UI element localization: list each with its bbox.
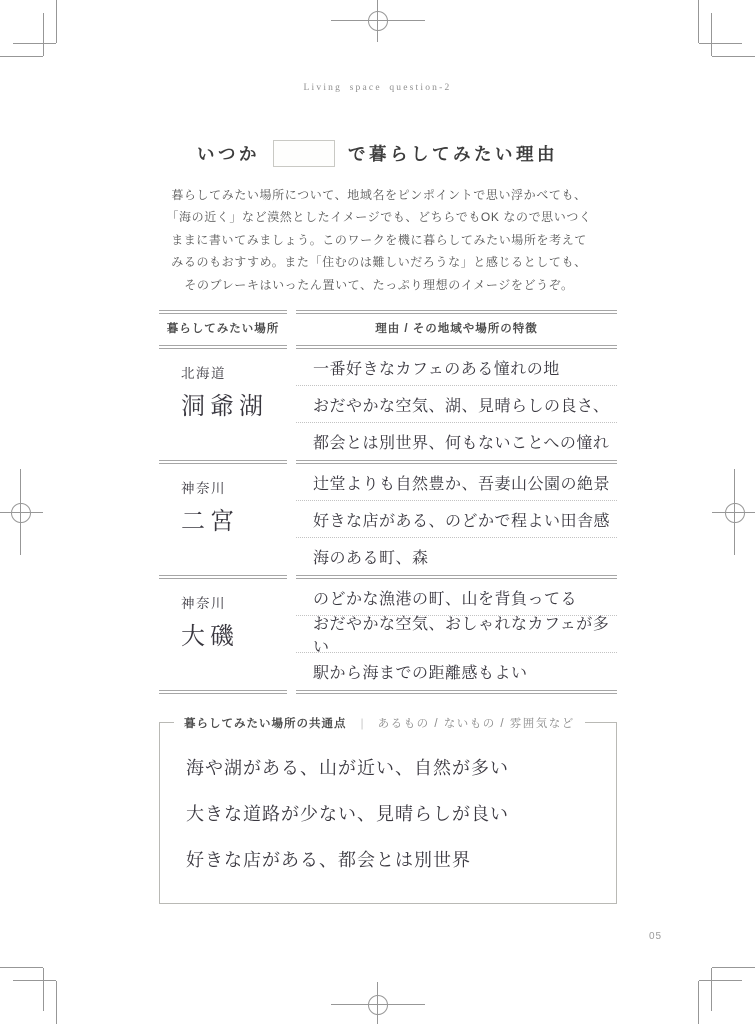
place-column: 暮らしてみたい場所 北海道 洞爺湖 神奈川 二宮 神奈川 大磯 bbox=[159, 310, 287, 694]
reason-column: 理由 / その地域や場所の特徴 一番好きなカフェのある憧れの地 おだやかな空気、… bbox=[296, 310, 617, 694]
place-name: 二宮 bbox=[181, 501, 287, 536]
page-title: いつか で暮らしてみたい理由 bbox=[0, 140, 755, 167]
intro-line: ままに書いてみましょう。このワークを機に暮らしてみたい場所を考えて bbox=[150, 229, 608, 251]
intro-paragraph: 暮らしてみたい場所について、地域名をピンポイントで思い浮かべても、 「海の近く」… bbox=[150, 184, 608, 296]
place-column-header: 暮らしてみたい場所 bbox=[159, 314, 287, 345]
common-points-subtitle: あるもの / ないもの / 雰囲気など bbox=[378, 715, 575, 731]
common-point-line: 海や湖がある、山が近い、自然が多い bbox=[186, 744, 616, 790]
common-points-content: 海や湖がある、山が近い、自然が多い 大きな道路が少ない、見晴らしが良い 好きな店… bbox=[160, 723, 616, 882]
common-point-line: 大きな道路が少ない、見晴らしが良い bbox=[186, 790, 616, 836]
rule-double bbox=[296, 690, 617, 694]
place-name: 大磯 bbox=[181, 616, 287, 651]
reason-line: おだやかな空気、おしゃれなカフェが多い bbox=[296, 616, 617, 653]
reason-line: 辻堂よりも自然豊か、吾妻山公園の絶景 bbox=[296, 464, 617, 501]
title-prefix: いつか bbox=[197, 141, 260, 166]
table-row-reasons: のどかな漁港の町、山を背負ってる おだやかな空気、おしゃれなカフェが多い 駅から… bbox=[296, 579, 617, 690]
table-row-place: 神奈川 大磯 bbox=[159, 579, 287, 690]
table-row-place: 北海道 洞爺湖 bbox=[159, 349, 287, 460]
common-point-line: 好きな店がある、都会とは別世界 bbox=[186, 836, 616, 882]
prefecture-label: 神奈川 bbox=[181, 477, 287, 497]
intro-line: 「海の近く」など漠然としたイメージでも、どちらでもOK なので思いつく bbox=[150, 206, 608, 228]
prefecture-label: 北海道 bbox=[181, 362, 287, 382]
section-eyebrow: Living space question-2 bbox=[0, 83, 755, 93]
common-points-box: 暮らしてみたい場所の共通点 | あるもの / ないもの / 雰囲気など 海や湖が… bbox=[159, 722, 617, 904]
reason-line: おだやかな空気、湖、見晴らしの良さ、 bbox=[296, 386, 617, 423]
common-points-header: 暮らしてみたい場所の共通点 | あるもの / ないもの / 雰囲気など bbox=[174, 715, 585, 731]
page-number: 05 bbox=[649, 931, 662, 942]
place-name: 洞爺湖 bbox=[181, 386, 287, 421]
table-row-reasons: 辻堂よりも自然豊か、吾妻山公園の絶景 好きな店がある、のどかで程よい田舎感 海の… bbox=[296, 464, 617, 575]
reason-line: 都会とは別世界、何もないことへの憧れ bbox=[296, 423, 617, 460]
prefecture-label: 神奈川 bbox=[181, 592, 287, 612]
column-gap bbox=[287, 310, 296, 694]
title-suffix: で暮らしてみたい理由 bbox=[348, 141, 558, 166]
workbook-page: Living space question-2 いつか で暮らしてみたい理由 暮… bbox=[0, 0, 755, 1024]
reason-line: 駅から海までの距離感もよい bbox=[296, 653, 617, 690]
intro-line: 暮らしてみたい場所について、地域名をピンポイントで思い浮かべても、 bbox=[150, 184, 608, 206]
header-divider: | bbox=[361, 716, 364, 730]
table-row-reasons: 一番好きなカフェのある憧れの地 おだやかな空気、湖、見晴らしの良さ、 都会とは別… bbox=[296, 349, 617, 460]
table-row-place: 神奈川 二宮 bbox=[159, 464, 287, 575]
reason-column-header: 理由 / その地域や場所の特徴 bbox=[296, 314, 617, 345]
reason-line: 一番好きなカフェのある憧れの地 bbox=[296, 349, 617, 386]
intro-line: そのブレーキはいったん置いて、たっぷり理想のイメージをどうぞ。 bbox=[150, 274, 608, 296]
common-points-title: 暮らしてみたい場所の共通点 bbox=[184, 715, 347, 731]
place-blank-box bbox=[273, 140, 335, 167]
reason-line: 好きな店がある、のどかで程よい田舎感 bbox=[296, 501, 617, 538]
reason-line: 海のある町、森 bbox=[296, 538, 617, 575]
places-table: 暮らしてみたい場所 北海道 洞爺湖 神奈川 二宮 神奈川 大磯 理由 / その地… bbox=[159, 310, 617, 694]
intro-line: みるのもおすすめ。また「住むのは難しいだろうな」と感じるとしても、 bbox=[150, 251, 608, 273]
rule-double bbox=[159, 690, 287, 694]
